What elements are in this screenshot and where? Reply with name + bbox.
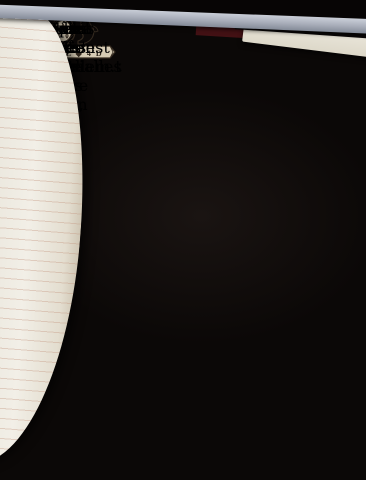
archival-photo-of-manuscript: GENERA.TE DE LYON [0, 0, 366, 480]
